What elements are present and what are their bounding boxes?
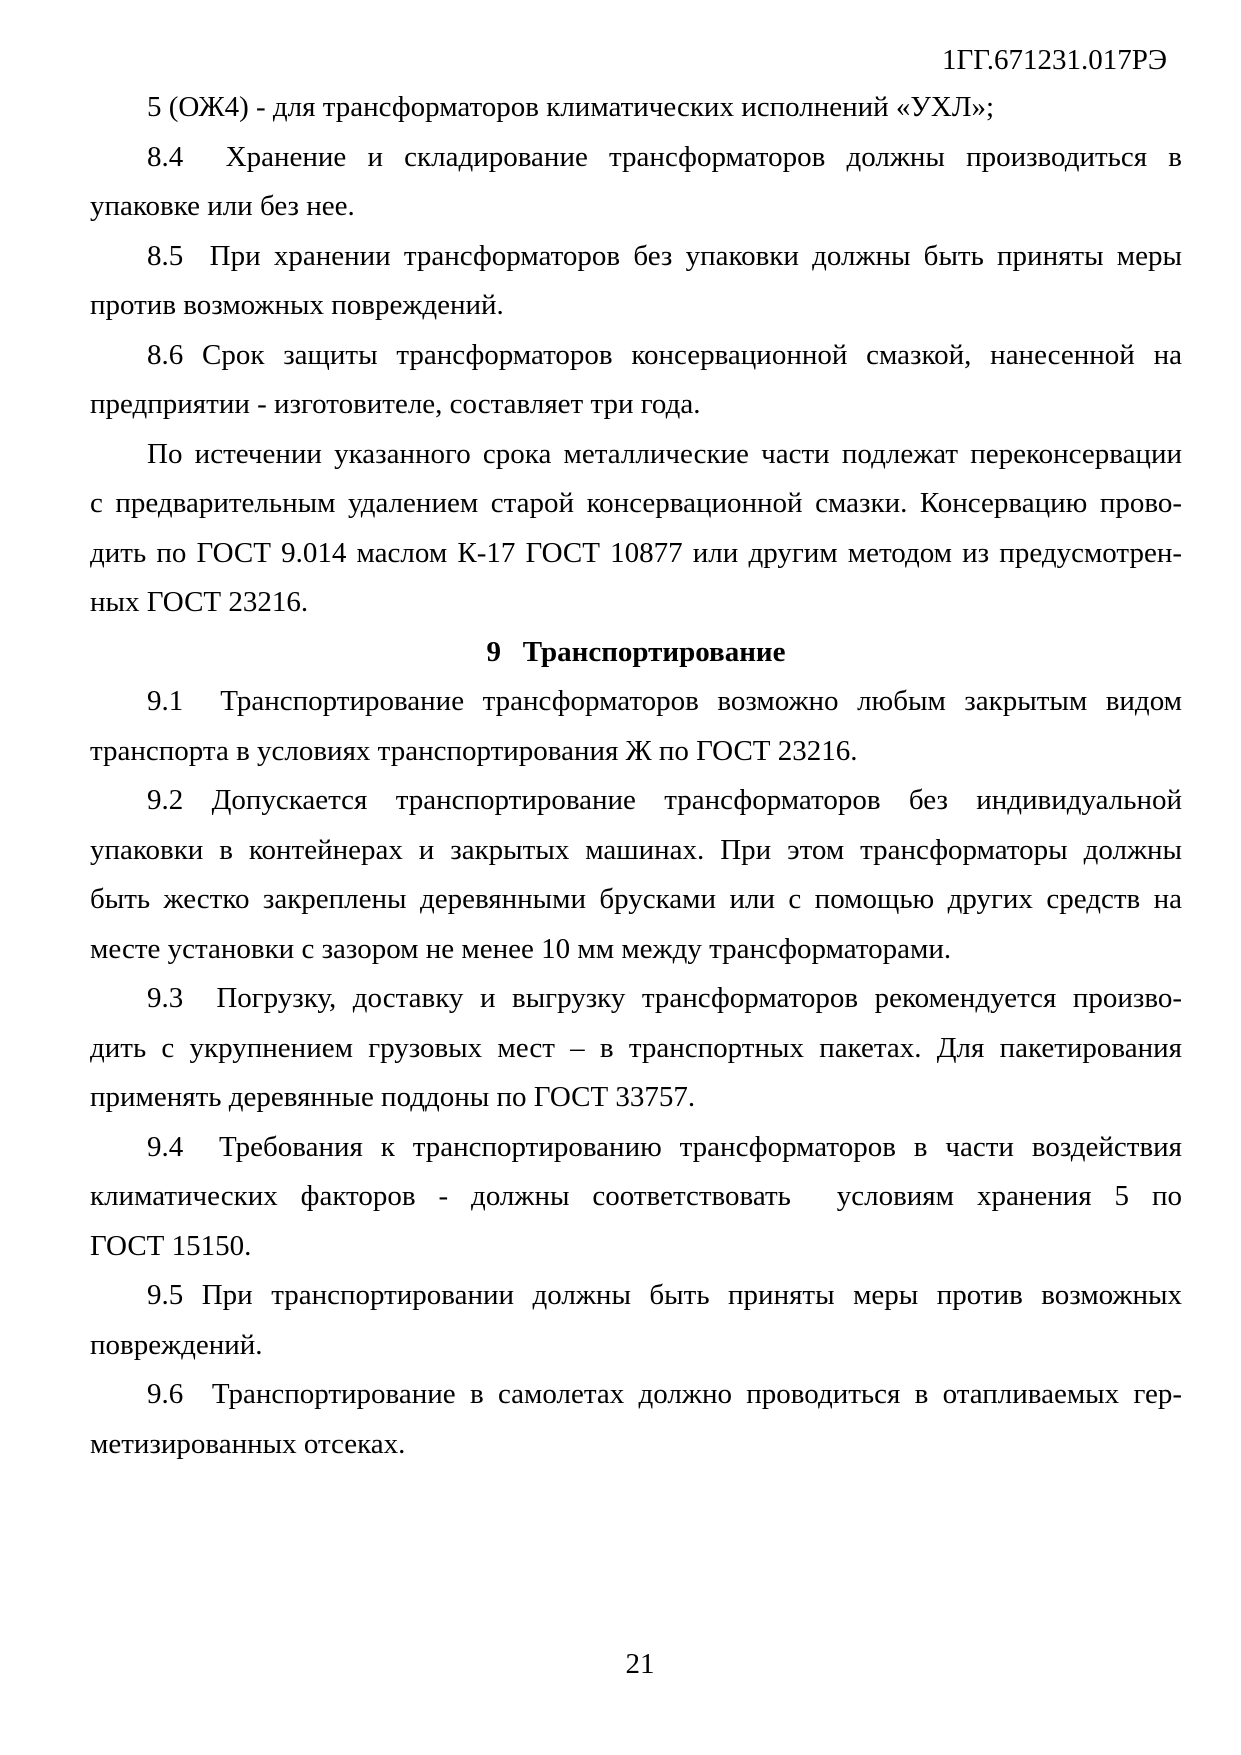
text-line: 8.6 Срок защиты трансформаторов консерва… xyxy=(90,331,1182,381)
text-line: 9.5 При транспортировании должны быть пр… xyxy=(90,1271,1182,1321)
text-line: 9.6 Транспортирование в самолетах должно… xyxy=(90,1370,1182,1420)
footer-spacer xyxy=(90,1469,1182,1640)
text-line: упаковки в контейнерах и закрытых машина… xyxy=(90,826,1182,876)
text-line: метизированных отсеках. xyxy=(90,1420,1182,1470)
text-line: упаковке или без нее. xyxy=(90,182,1182,232)
text-line: дить с укрупнением грузовых мест – в тра… xyxy=(90,1024,1182,1074)
text-line: 9.2 Допускается транспортирование трансф… xyxy=(90,776,1182,826)
text-line: с предварительным удалением старой консе… xyxy=(90,479,1182,529)
text-line: транспорта в условиях транспортирования … xyxy=(90,727,1182,777)
text-line: 9.4 Требования к транспортированию транс… xyxy=(90,1123,1182,1173)
text-line: повреждений. xyxy=(90,1321,1182,1371)
text-line: 8.4 Хранение и складирование трансформат… xyxy=(90,133,1182,183)
text-line: 5 (ОЖ4) - для трансформаторов климатичес… xyxy=(90,83,1182,133)
document-page: 1ГГ.671231.017РЭ 5 (ОЖ4) - для трансформ… xyxy=(0,0,1241,1755)
text-line: применять деревянные поддоны по ГОСТ 337… xyxy=(90,1073,1182,1123)
text-line: месте установки с зазором не менее 10 мм… xyxy=(90,925,1182,975)
text-line: 9.1 Транспортирование трансформаторов во… xyxy=(90,677,1182,727)
text-line: предприятии - изготовителе, составляет т… xyxy=(90,380,1182,430)
text-line: По истечении указанного срока металличес… xyxy=(90,430,1182,480)
text-line: климатических факторов - должны соответс… xyxy=(90,1172,1182,1222)
text-line: против возможных повреждений. xyxy=(90,281,1182,331)
section-heading: 9 Транспортирование xyxy=(90,628,1182,678)
text-line: быть жестко закреплены деревянными бруск… xyxy=(90,875,1182,925)
text-line: ГОСТ 15150. xyxy=(90,1222,1182,1272)
page-number: 21 xyxy=(90,1640,1182,1690)
document-code: 1ГГ.671231.017РЭ xyxy=(90,38,1182,83)
text-line: 8.5 При хранении трансформаторов без упа… xyxy=(90,232,1182,282)
text-line: ных ГОСТ 23216. xyxy=(90,578,1182,628)
text-line: 9.3 Погрузку, доставку и выгрузку трансф… xyxy=(90,974,1182,1024)
document-body: 5 (ОЖ4) - для трансформаторов климатичес… xyxy=(90,83,1182,1469)
text-line: дить по ГОСТ 9.014 маслом К-17 ГОСТ 1087… xyxy=(90,529,1182,579)
